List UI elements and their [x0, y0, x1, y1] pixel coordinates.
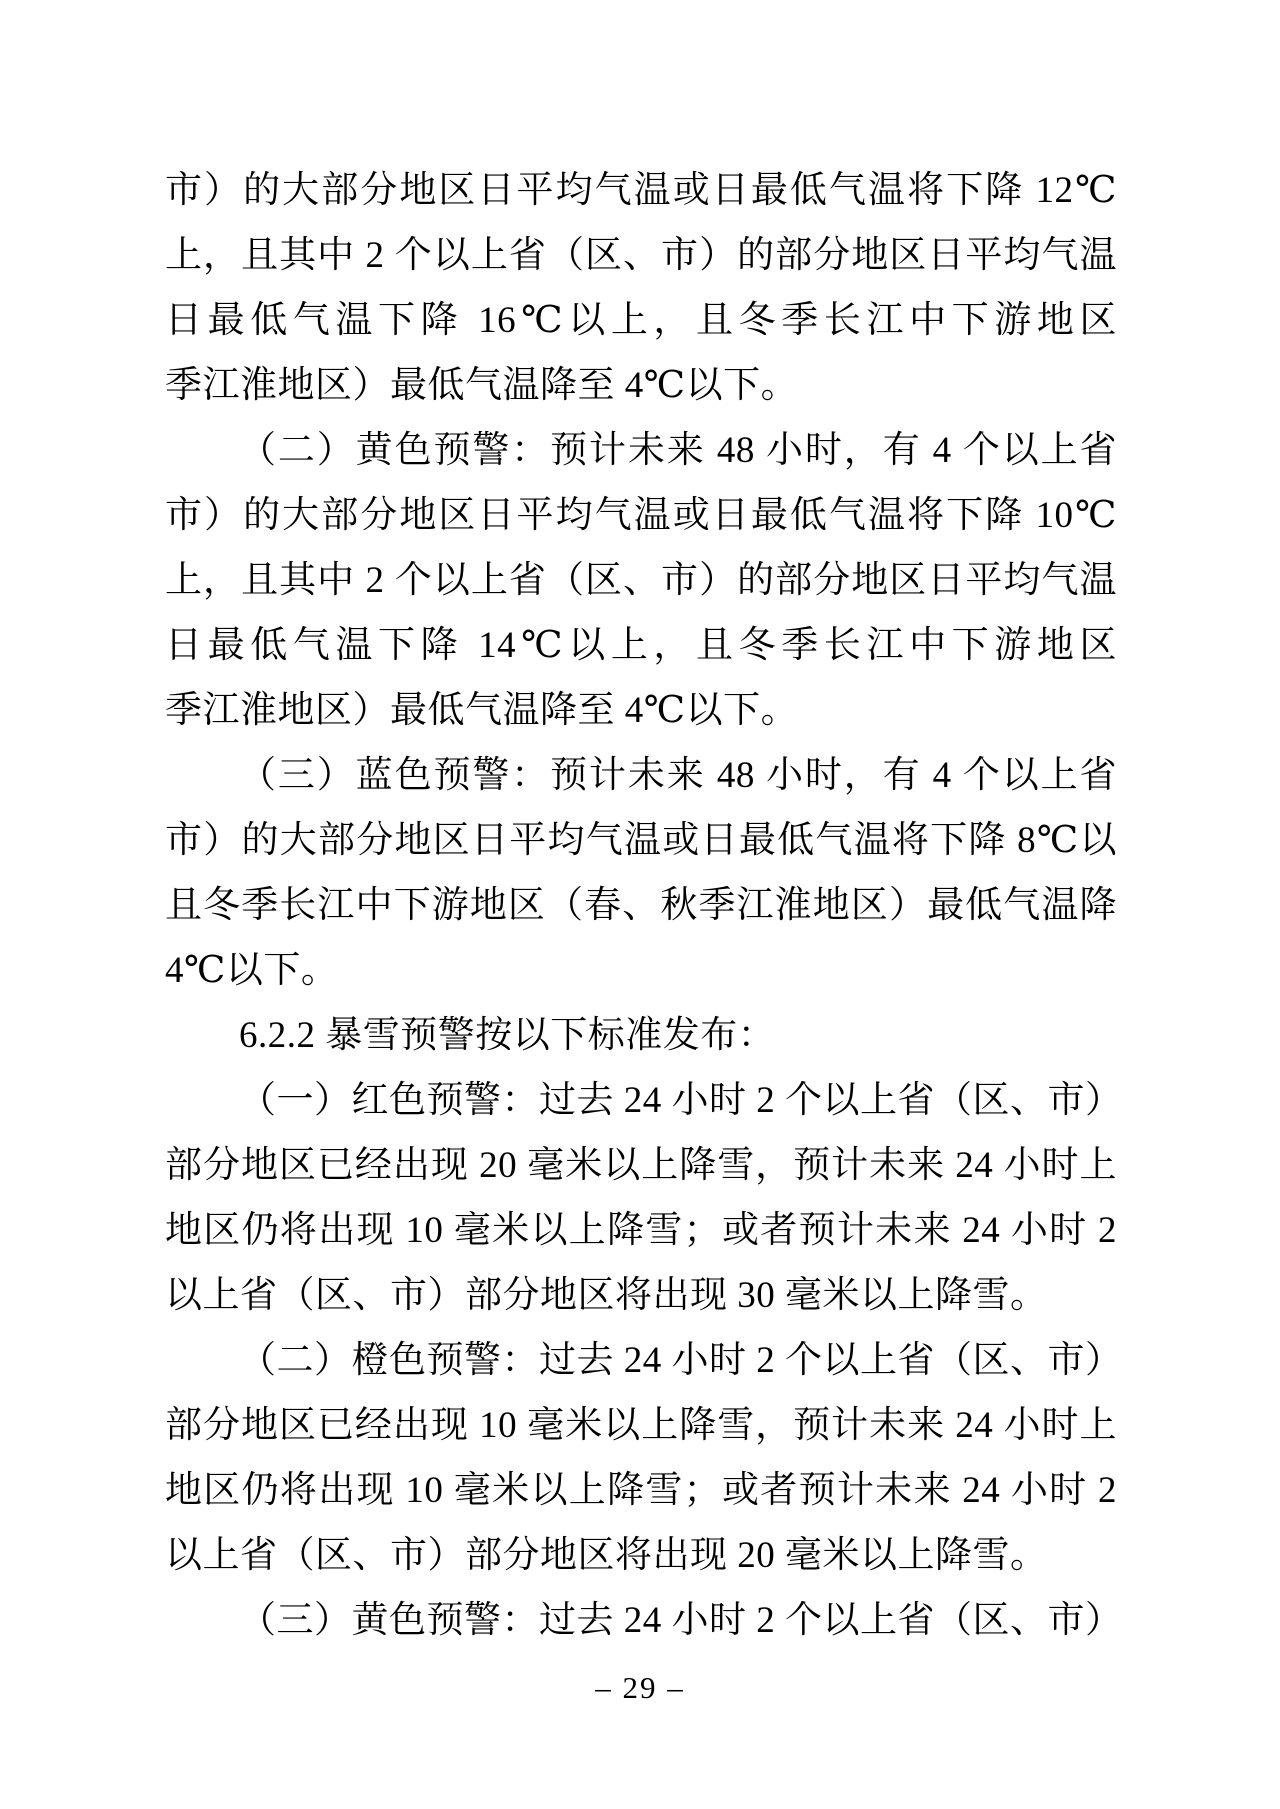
- text-line: 6.2.2 暴雪预警按以下标准发布：: [165, 1003, 1117, 1068]
- text-line: 部分地区已经出现 20 毫米以上降雪，预计未来 24 小时上述: [165, 1133, 1117, 1198]
- document-text: 市）的大部分地区日平均气温或日最低气温将下降 12℃以上，且其中 2 个以上省（…: [165, 158, 1117, 1653]
- text-line: 4℃以下。: [165, 938, 1117, 1003]
- text-line: 以上省（区、市）部分地区将出现 20 毫米以上降雪。: [165, 1523, 1117, 1588]
- text-line: 日最低气温下降 16℃以上，且冬季长江中下游地区（春、秋: [165, 288, 1117, 353]
- text-line: 上，且其中 2 个以上省（区、市）的部分地区日平均气温或: [165, 223, 1117, 288]
- text-line: （三）黄色预警：过去 24 小时 2 个以上省（区、市）: [165, 1588, 1117, 1653]
- text-line: （二）黄色预警：预计未来 48 小时，有 4 个以上省（区、: [165, 418, 1117, 483]
- text-line: 部分地区已经出现 10 毫米以上降雪，预计未来 24 小时上述: [165, 1393, 1117, 1458]
- text-line: 日最低气温下降 14℃以上，且冬季长江中下游地区（春、秋: [165, 613, 1117, 678]
- text-line: （一）红色预警：过去 24 小时 2 个以上省（区、市）: [165, 1068, 1117, 1133]
- text-line: （三）蓝色预警：预计未来 48 小时，有 4 个以上省（区、: [165, 743, 1117, 808]
- text-line: 市）的大部分地区日平均气温或日最低气温将下降 10℃以: [165, 483, 1117, 548]
- text-line: 地区仍将出现 10 毫米以上降雪；或者预计未来 24 小时 2 个: [165, 1198, 1117, 1263]
- text-line: 以上省（区、市）部分地区将出现 30 毫米以上降雪。: [165, 1263, 1117, 1328]
- text-line: 季江淮地区）最低气温降至 4℃以下。: [165, 353, 1117, 418]
- text-line: 市）的大部分地区日平均气温或日最低气温将下降 8℃以上，: [165, 808, 1117, 873]
- text-line: 市）的大部分地区日平均气温或日最低气温将下降 12℃以: [165, 158, 1117, 223]
- text-line: 上，且其中 2 个以上省（区、市）的部分地区日平均气温或: [165, 548, 1117, 613]
- page-number: – 29 –: [595, 1670, 685, 1705]
- page-footer: – 29 –: [0, 1668, 1280, 1708]
- text-line: 季江淮地区）最低气温降至 4℃以下。: [165, 678, 1117, 743]
- text-line: 地区仍将出现 10 毫米以上降雪；或者预计未来 24 小时 2 个: [165, 1458, 1117, 1523]
- text-line: 且冬季长江中下游地区（春、秋季江淮地区）最低气温降至: [165, 873, 1117, 938]
- text-line: （二）橙色预警：过去 24 小时 2 个以上省（区、市）: [165, 1328, 1117, 1393]
